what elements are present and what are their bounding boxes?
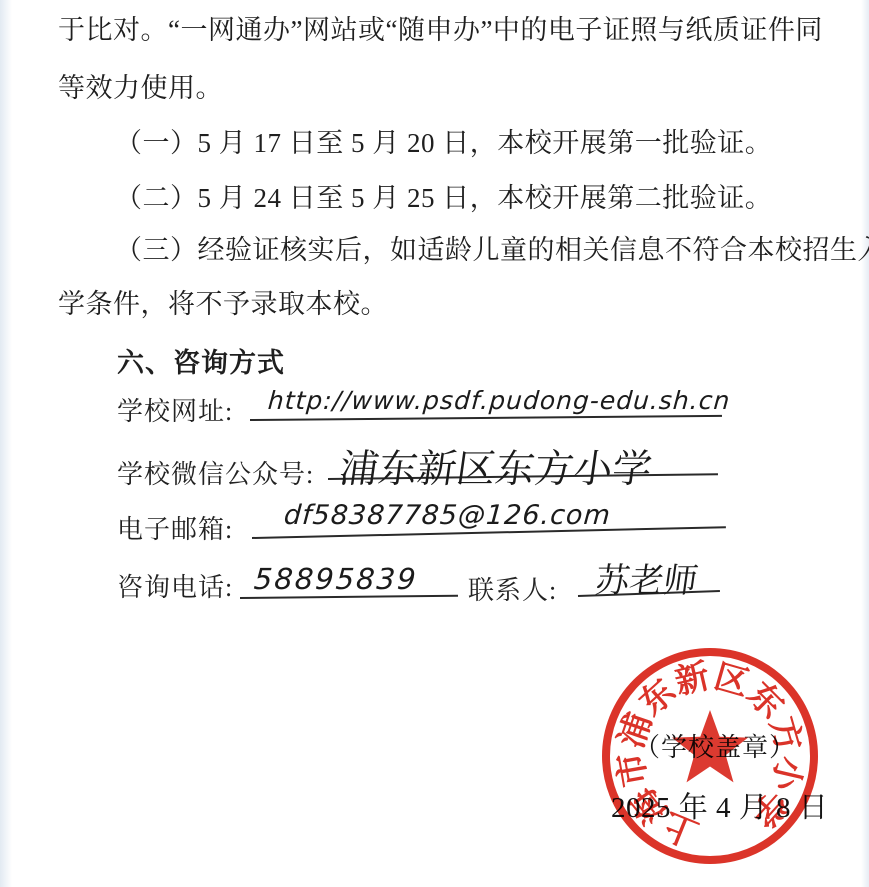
website-value: http://www.psdf.pudong-edu.sh.cn (267, 386, 731, 415)
seal-ring-char: 新 (672, 657, 714, 702)
body-text-line: 于比对。“一网通办”网站或“随申办”中的电子证照与纸质证件同 (58, 14, 828, 46)
list-item-3-line-2: 学条件，将不予录取本校。 (58, 288, 828, 320)
body-text-line: 等效力使用。 (58, 72, 828, 104)
wechat-label: 学校微信公众号: (117, 454, 314, 491)
contact-person-value: 苏老师 (593, 553, 702, 602)
scanned-document-page: { "body": { "lines": [ "于比对。“一网通办”网站或“随申… (0, 0, 869, 887)
email-value: df58387785@126.com (283, 500, 612, 531)
official-seal: 上海市浦东新区东方小学 (592, 638, 828, 874)
phone-label: 咨询电话: (117, 567, 233, 604)
contact-person-label: 联系人: (468, 570, 557, 607)
list-item-2: （二）5 月 24 日至 5 月 25 日，本校开展第二批验证。 (58, 182, 869, 214)
phone-value: 58895839 (253, 562, 419, 596)
email-label: 电子邮箱: (117, 509, 233, 546)
scan-edge-left (0, 0, 12, 887)
seal-star-icon (672, 710, 748, 782)
website-label: 学校网址: (117, 391, 233, 428)
website-underline (250, 415, 722, 421)
wechat-value: 浦东新区东方小学 (336, 438, 656, 494)
list-item-3-line-1: （三）经验证核实后，如适龄儿童的相关信息不符合本校招生入 (58, 234, 869, 266)
section-heading: 六、咨询方式 (117, 341, 285, 380)
seal-ring-char: 市 (611, 750, 654, 790)
list-item-1: （一）5 月 17 日至 5 月 20 日，本校开展第一批验证。 (58, 127, 869, 159)
